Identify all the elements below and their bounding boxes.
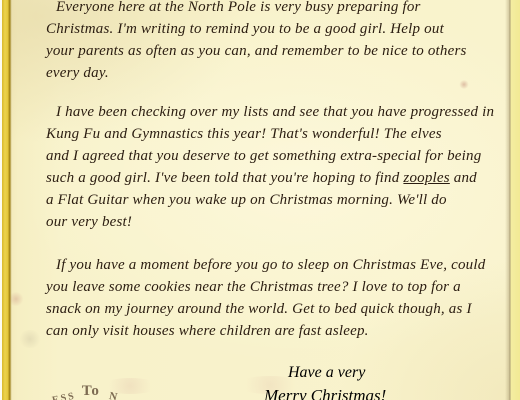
page-edge-right [505, 0, 520, 400]
letter-line: a Flat Guitar when you wake up on Christ… [46, 189, 506, 211]
paragraph-2: I have been checking over my lists and s… [46, 101, 506, 233]
letter-line: such a good girl. I've been told that yo… [46, 167, 506, 189]
letter-line: snack on my journey around the world. Ge… [46, 298, 506, 320]
letter-text: Everyone here at the North Pole is very … [46, 0, 506, 400]
letter-line: Everyone here at the North Pole is very … [46, 0, 506, 18]
paragraph-1: Everyone here at the North Pole is very … [46, 0, 506, 84]
letter-line: If you have a moment before you go to sl… [46, 254, 506, 276]
closing-line: Have a very [288, 364, 365, 382]
letter-line: your parents as often as you can, and re… [46, 40, 506, 62]
gold-border-left [0, 0, 12, 400]
letter-line: can only visit houses where children are… [46, 320, 506, 342]
letter-line: I have been checking over my lists and s… [46, 101, 506, 123]
stamp-text-segment: ESS [51, 390, 77, 400]
line-segment: such a good girl. I've been told that yo… [46, 170, 403, 186]
closing-signature: Merry Christmas! [264, 386, 386, 400]
letter-line: Kung Fu and Gymnastics this year! That's… [46, 123, 506, 145]
letter-line: Christmas. I'm writing to remind you to … [46, 18, 506, 40]
letter-line: you leave some cookies near the Christma… [46, 276, 506, 298]
line-segment: and [450, 170, 477, 186]
santa-letter-scan: Everyone here at the North Pole is very … [0, 0, 520, 400]
stamp-text-segment: To [82, 383, 100, 400]
letter-line: our very best! [46, 211, 506, 233]
postmark-stamp: ESS To N [50, 378, 119, 396]
letter-line: every day. [46, 62, 506, 84]
letter-line: and I agreed that you deserve to get som… [46, 145, 506, 167]
underlined-word-zooples: zooples [403, 170, 449, 186]
paragraph-3: If you have a moment before you go to sl… [46, 254, 506, 342]
stamp-text-segment: N [108, 390, 118, 400]
